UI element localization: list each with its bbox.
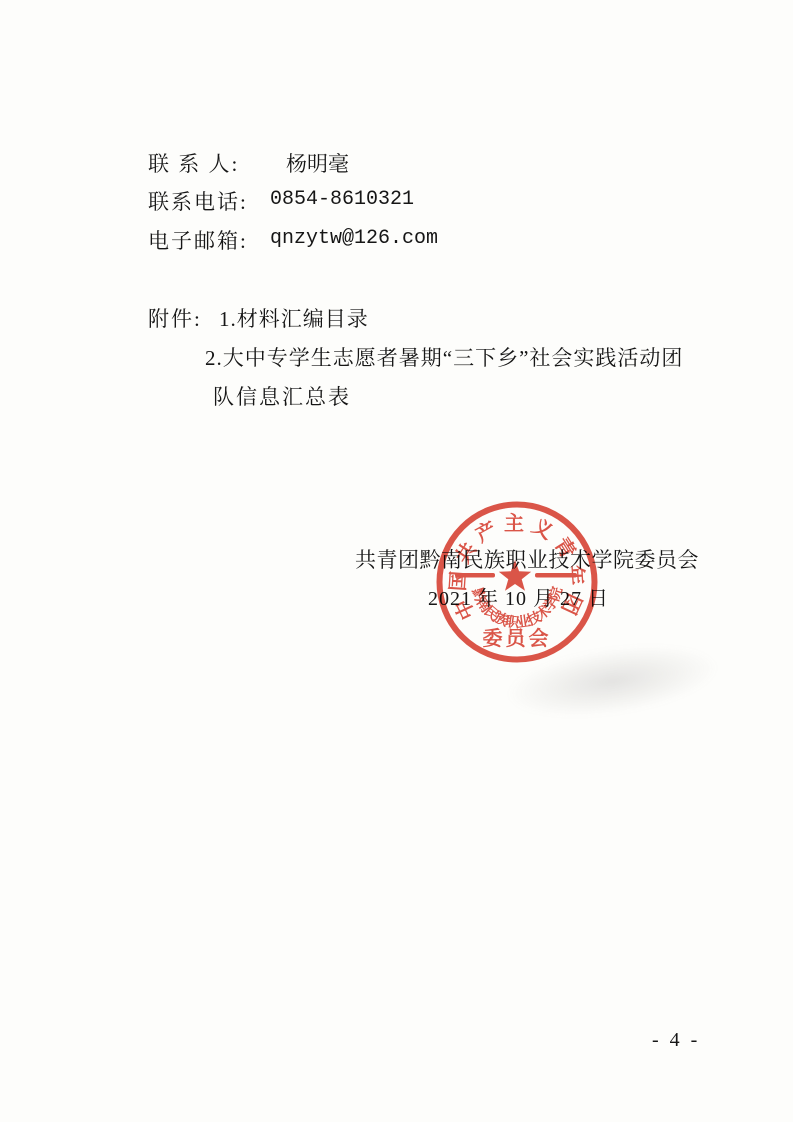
attachments-label: 附件: bbox=[148, 303, 202, 333]
contact-phone-label: 联系电话: bbox=[148, 186, 248, 216]
star-icon bbox=[499, 560, 531, 591]
contact-person-value: 杨明毫 bbox=[286, 148, 349, 178]
attachment-item-1: 1.材料汇编目录 bbox=[219, 303, 369, 333]
contact-email-label: 电子邮箱: bbox=[148, 225, 248, 255]
attachment-item-2-line-2: 队信息汇总表 bbox=[213, 381, 351, 411]
attachment-item-2-line-1: 2.大中专学生志愿者暑期“三下乡”社会实践活动团 bbox=[205, 342, 683, 372]
seal-bottom-text: 委员会 bbox=[483, 626, 552, 650]
contact-person-label: 联 系 人: bbox=[148, 148, 239, 178]
contact-phone-value: 0854-8610321 bbox=[270, 188, 414, 211]
contact-email-value: qnzytw@126.com bbox=[270, 227, 438, 250]
seal-dash-left bbox=[455, 573, 495, 578]
seal-arc-text: 黔南民族职业技术学院 bbox=[468, 585, 566, 632]
seal-dash-right bbox=[535, 573, 577, 578]
official-seal: 中国共产主义青年团 黔南民族职业技术学院 委员会 bbox=[432, 497, 602, 667]
page-number: - 4 - bbox=[652, 1029, 700, 1052]
